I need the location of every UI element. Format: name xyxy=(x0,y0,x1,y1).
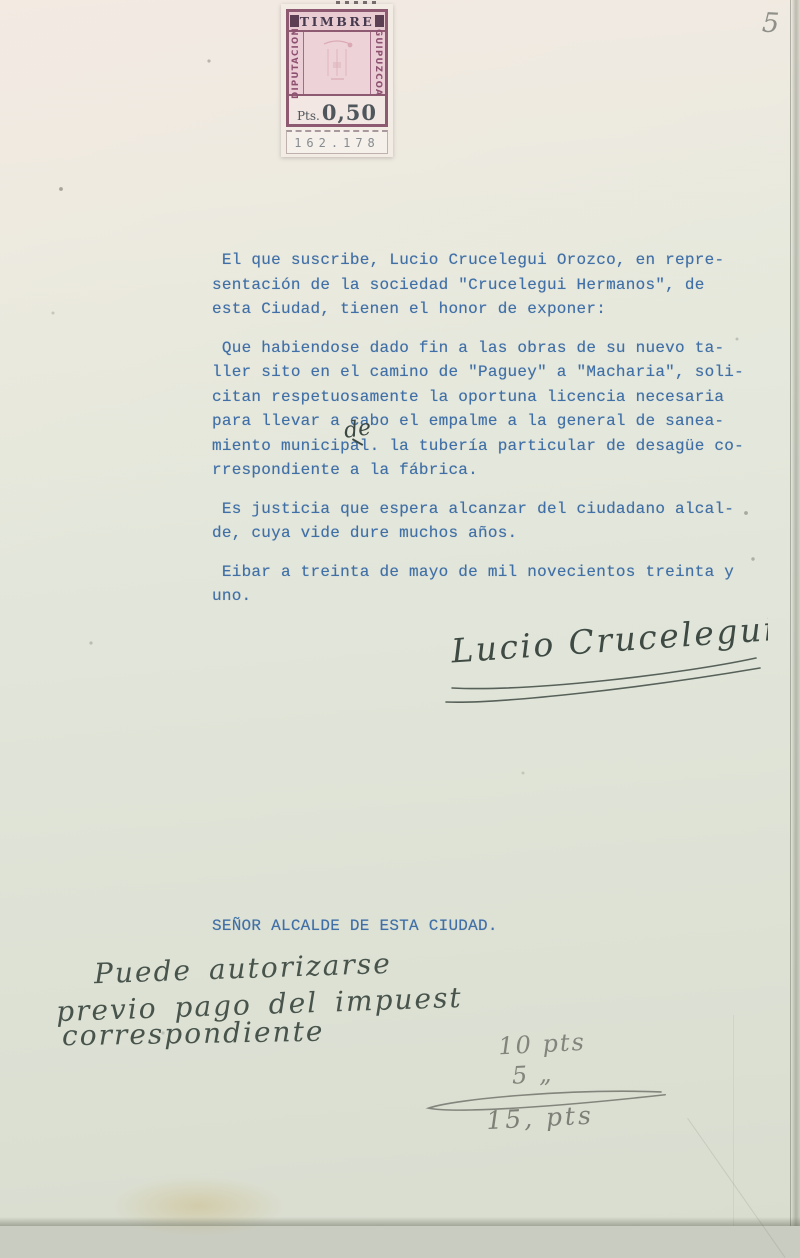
revenue-stamp: TIMBRE DIPUTACION xyxy=(281,4,393,157)
stamp-frame: TIMBRE DIPUTACION xyxy=(286,9,388,127)
page-edge-bottom xyxy=(0,1217,800,1226)
stamp-corner-left xyxy=(290,15,299,27)
document-page: 5 TIMBRE DIPUTACION xyxy=(0,0,800,1226)
stamp-side-left: DIPUTACION xyxy=(289,32,304,94)
stamp-left-label: DIPUTACION xyxy=(291,27,301,99)
letter-paragraph-3: Es justicia que espera alcanzar del ciud… xyxy=(212,497,764,546)
pencil-sum: 10 pts 5 „ 15, pts xyxy=(420,1016,670,1131)
pencil-amount-1: 10 pts xyxy=(498,1028,587,1061)
stamp-currency-label: Pts. xyxy=(297,109,320,123)
handwritten-insertion-de: de xyxy=(342,415,372,444)
paper-specks xyxy=(0,0,2,2)
handwritten-note-line-3: correspondiente xyxy=(62,1015,325,1053)
typewritten-letter-body: El que suscribe, Lucio Crucelegui Orozco… xyxy=(212,248,764,623)
stamp-middle: DIPUTACION GUIPUZCOA xyxy=(289,32,385,94)
stamp-value: Pts. 0,50 xyxy=(289,94,385,124)
fold-crease-vertical xyxy=(733,1015,734,1226)
stamp-emblem-icon xyxy=(312,36,362,90)
stamp-title: TIMBRE xyxy=(300,14,374,29)
pencil-total: 15, pts xyxy=(485,1101,594,1131)
pencil-amount-2: 5 „ xyxy=(511,1060,554,1090)
stamp-corner-right xyxy=(375,15,384,27)
stamp-banner: TIMBRE xyxy=(289,12,385,32)
page-edge-right xyxy=(790,0,800,1226)
stamp-value-amount: 0,50 xyxy=(322,100,377,125)
fold-crease-diagonal xyxy=(687,1118,785,1226)
signature-flourish-stroke-2 xyxy=(446,668,760,702)
stamp-center xyxy=(304,32,370,94)
page-number: 5 xyxy=(761,8,780,40)
letter-paragraph-2: Que habiendose dado fin a las obras de s… xyxy=(212,336,764,483)
signature-name: Lucio Crucelegui xyxy=(449,609,768,671)
letter-paragraph-1: El que suscribe, Lucio Crucelegui Orozco… xyxy=(212,248,764,322)
stamp-serial-number: 162.178 xyxy=(286,130,388,154)
salutation-line: SEÑOR ALCALDE DE ESTA CIUDAD. xyxy=(212,917,498,935)
stamp-right-label: GUIPUZCOA xyxy=(373,29,383,97)
handwritten-note-line-1: Puede autorizarse xyxy=(94,947,393,990)
signature: Lucio Crucelegui xyxy=(438,600,768,715)
stamp-side-right: GUIPUZCOA xyxy=(370,32,385,94)
